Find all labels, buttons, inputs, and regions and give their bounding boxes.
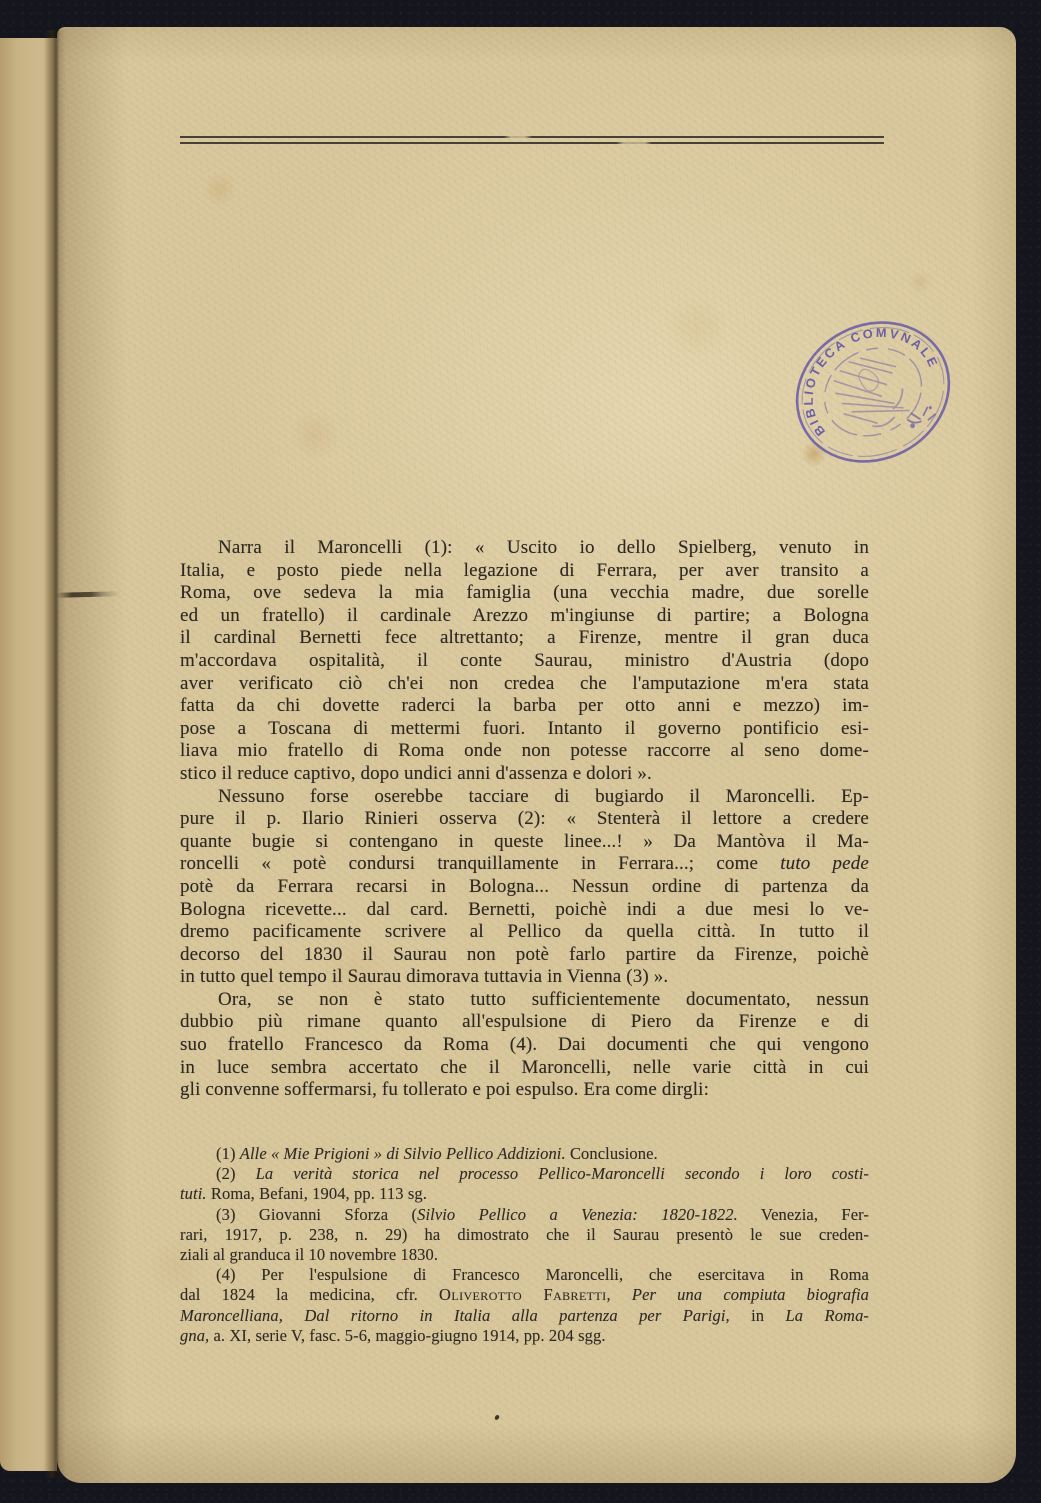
footnote: (4) Per l'espulsione di Francesco Maronc… xyxy=(180,1265,869,1346)
text-line: tuti. Roma, Befani, 1904, pp. 113 sg. xyxy=(180,1184,869,1204)
text-line: decorso del 1830 il Saurau non potè farl… xyxy=(180,944,869,967)
text-line: Italia, e posto piede nella legazione di… xyxy=(180,560,869,583)
text-line: Ora, se non è stato tutto sufficientemen… xyxy=(180,989,869,1012)
text-line: gli convenne soffermarsi, fu tollerato e… xyxy=(180,1079,869,1102)
text-line: pure il p. Ilario Rinieri osserva (2): «… xyxy=(180,808,869,831)
book-gutter xyxy=(44,30,66,1478)
main-text: Narra il Maroncelli (1): « Uscito io del… xyxy=(180,537,869,1102)
text-line: (2) La verità storica nel processo Pelli… xyxy=(180,1164,869,1184)
text-line: roncelli « potè condursi tranquillamente… xyxy=(180,853,869,876)
text-line: Roma, ove sedeva la mia famiglia (una ve… xyxy=(180,582,869,605)
paragraph: Narra il Maroncelli (1): « Uscito io del… xyxy=(180,537,869,786)
text-line: fatta da chi dovette raderci la barba pe… xyxy=(180,695,869,718)
text-line: dal 1824 la medicina, cfr. Oliverotto Fa… xyxy=(180,1285,869,1305)
text-line: liava mio fratello di Roma onde non pote… xyxy=(180,740,869,763)
text-line: aver verificato ciò ch'ei non credea che… xyxy=(180,673,869,696)
text-line: Maroncelliana, Dal ritorno in Italia all… xyxy=(180,1306,869,1326)
footnotes: (1) Alle « Mie Prigioni » di Silvio Pell… xyxy=(180,1144,869,1346)
text-line: ed un fratello) il cardinale Arezzo m'in… xyxy=(180,605,869,628)
footnote: (2) La verità storica nel processo Pelli… xyxy=(180,1164,869,1204)
text-line: (4) Per l'espulsione di Francesco Maronc… xyxy=(180,1265,869,1285)
text-line: gna, a. XI, serie V, fasc. 5-6, maggio-g… xyxy=(180,1326,869,1346)
text-line: in luce sembra accertato che il Maroncel… xyxy=(180,1057,869,1080)
ink-speck xyxy=(494,1414,499,1420)
text-line: dubbio più rimane quanto all'espulsione … xyxy=(180,1011,869,1034)
footnote: (1) Alle « Mie Prigioni » di Silvio Pell… xyxy=(180,1144,869,1164)
text-line: m'accordava ospitalità, il conte Saurau,… xyxy=(180,650,869,673)
text-line: potè da Ferrara recarsi in Bologna... Ne… xyxy=(180,876,869,899)
text-line: dremo pacificamente scrivere al Pellico … xyxy=(180,921,869,944)
scanned-book-photo: BIBLIOTECA COMVNALE DELLA SPEZIA Narra i… xyxy=(0,0,1041,1503)
text-line: quante bugie si contengano in queste lin… xyxy=(180,831,869,854)
book-page: BIBLIOTECA COMVNALE DELLA SPEZIA Narra i… xyxy=(57,27,1016,1483)
text-line: il cardinal Bernetti fece altrettanto; a… xyxy=(180,627,869,650)
text-line: Narra il Maroncelli (1): « Uscito io del… xyxy=(180,537,869,560)
text-line: ziali al granduca il 10 novembre 1830. xyxy=(180,1245,869,1265)
paragraph: Nessuno forse oserebbe tacciare di bugia… xyxy=(180,786,869,989)
text-line: pose a Toscana di mettermi fuori. Intant… xyxy=(180,718,869,741)
text-line: Nessuno forse oserebbe tacciare di bugia… xyxy=(180,786,869,809)
library-stamp-icon: BIBLIOTECA COMVNALE DELLA SPEZIA xyxy=(768,297,978,487)
text-line: suo fratello Francesco da Roma (4). Dai … xyxy=(180,1034,869,1057)
paragraph: Ora, se non è stato tutto sufficientemen… xyxy=(180,989,869,1102)
text-line: (3) Giovanni Sforza (Silvio Pellico a Ve… xyxy=(180,1205,869,1225)
text-line: (1) Alle « Mie Prigioni » di Silvio Pell… xyxy=(180,1144,869,1164)
text-line: stico il reduce captivo, dopo undici ann… xyxy=(180,763,869,786)
header-rule-bottom xyxy=(180,142,884,144)
header-rule-top xyxy=(180,136,884,138)
text-line: rari, 1917, p. 238, n. 29) ha dimostrato… xyxy=(180,1225,869,1245)
footnote: (3) Giovanni Sforza (Silvio Pellico a Ve… xyxy=(180,1205,869,1266)
text-line: in tutto quel tempo il Saurau dimorava t… xyxy=(180,966,869,989)
text-line: Bologna ricevette... dal card. Bernetti,… xyxy=(180,899,869,922)
